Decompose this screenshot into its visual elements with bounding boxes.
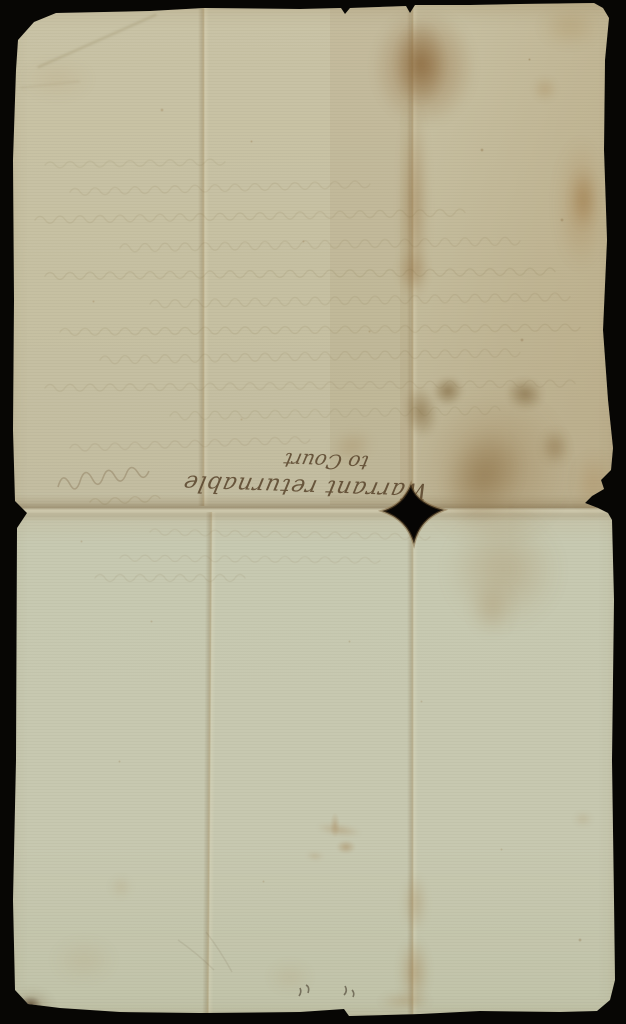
fold-crease-vertical-right-lower — [407, 510, 418, 1015]
docket-inscription: Warrant returnable to Court — [197, 426, 429, 504]
fold-crease-vertical-right-upper — [407, 5, 418, 507]
document-photograph: Warrant returnable to Court — [0, 0, 626, 1024]
stain — [11, 544, 17, 552]
manuscript-sheet: Warrant returnable to Court — [0, 0, 626, 1024]
